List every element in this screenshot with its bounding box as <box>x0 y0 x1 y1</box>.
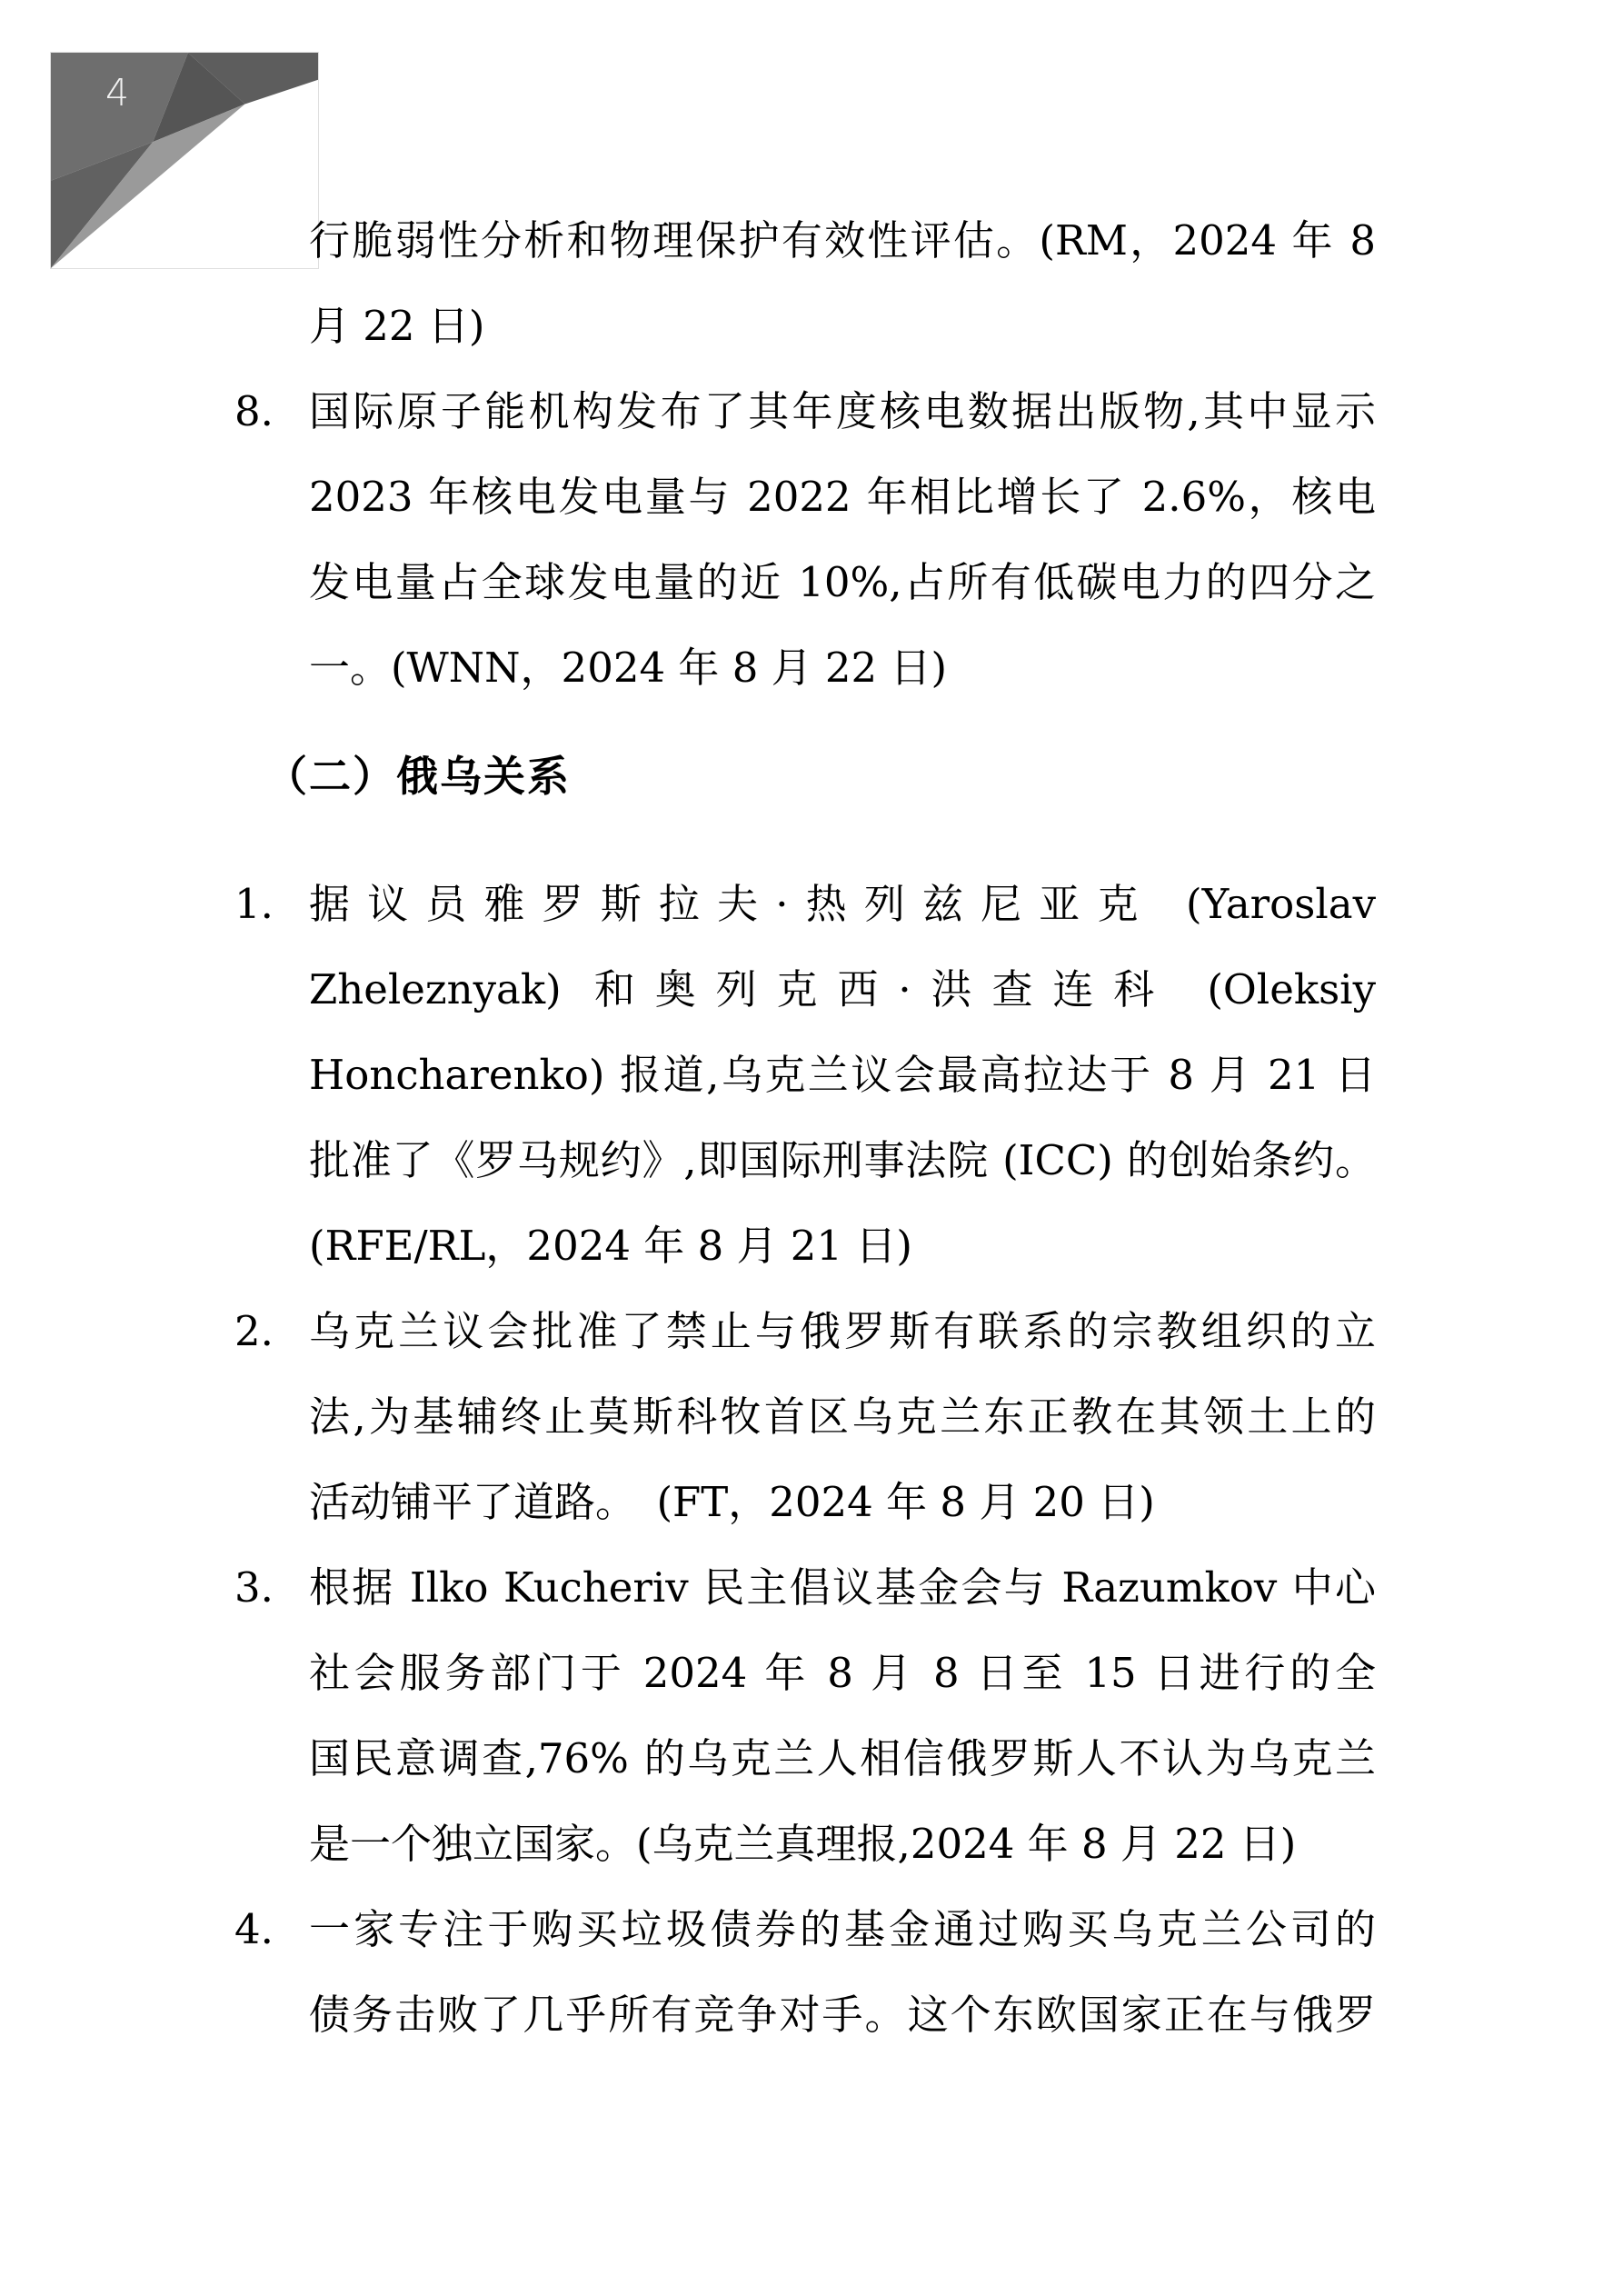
line-text: 法,为基辅终止莫斯科牧首区乌克兰东正教在其领土上的 <box>309 1394 1376 1442</box>
line-text: Honcharenko) 报道,乌克兰议会最高拉达于 8 月 21 日 <box>309 1053 1376 1100</box>
line-text: 根据 Ilko Kucheriv 民主倡议基金会与 Razumkov 中心 <box>309 1565 1376 1612</box>
paragraph-line: 行脆弱性分析和物理保护有效性评估。(RM，2024 年 8 <box>234 218 1376 304</box>
line-text: Zheleznyak) 和奥列克西·洪查连科 (Oleksiy <box>309 967 1376 1014</box>
line-text: 行脆弱性分析和物理保护有效性评估。(RM，2024 年 8 <box>309 218 1376 265</box>
line-text: 一。(WNN，2024 年 8 月 22 日) <box>309 645 1376 693</box>
document-page: { "page": { "number": "4" }, "colors": {… <box>0 0 1623 2296</box>
list-item-number: 2. <box>234 1309 274 1354</box>
line-text: 活动铺平了道路。 (FT，2024 年 8 月 20 日) <box>309 1480 1376 1527</box>
line-text: 据议员雅罗斯拉夫·热列兹尼亚克 (Yaroslav <box>309 882 1376 929</box>
section-heading: （二）俄乌关系 <box>234 753 1376 882</box>
list-item-line: 法,为基辅终止莫斯科牧首区乌克兰东正教在其领土上的 <box>234 1394 1376 1480</box>
list-item-line: 发电量占全球发电量的近 10%,占所有低碳电力的四分之 <box>234 560 1376 645</box>
page-number: 4 <box>105 75 129 112</box>
list-item-line: 1.据议员雅罗斯拉夫·热列兹尼亚克 (Yaroslav <box>234 882 1376 967</box>
list-item-line: (RFE/RL，2024 年 8 月 21 日) <box>234 1223 1376 1309</box>
line-text: 一家专注于购买垃圾债券的基金通过购买乌克兰公司的 <box>309 1907 1376 1954</box>
list-item-number: 8. <box>234 389 274 434</box>
list-item-line: 4.一家专注于购买垃圾债券的基金通过购买乌克兰公司的 <box>234 1907 1376 1992</box>
line-text: 批准了《罗马规约》,即国际刑事法院 (ICC) 的创始条约。 <box>309 1138 1376 1185</box>
line-text: 国民意调查,76% 的乌克兰人相信俄罗斯人不认为乌克兰 <box>309 1736 1376 1783</box>
list-item-line: 2023 年核电发电量与 2022 年相比增长了 2.6%，核电 <box>234 474 1376 560</box>
line-text: 发电量占全球发电量的近 10%,占所有低碳电力的四分之 <box>309 560 1376 607</box>
list-item-number: 1. <box>234 882 274 927</box>
list-item-number: 3. <box>234 1565 274 1611</box>
list-item-line: 3.根据 Ilko Kucheriv 民主倡议基金会与 Razumkov 中心 <box>234 1565 1376 1651</box>
line-text: 乌克兰议会批准了禁止与俄罗斯有联系的宗教组织的立 <box>309 1309 1376 1356</box>
list-item-line: Honcharenko) 报道,乌克兰议会最高拉达于 8 月 21 日 <box>234 1053 1376 1138</box>
line-text: 国际原子能机构发布了其年度核电数据出版物,其中显示 <box>309 389 1376 436</box>
line-text: 是一个独立国家。(乌克兰真理报,2024 年 8 月 22 日) <box>309 1822 1376 1869</box>
list-item-number: 4. <box>234 1907 274 1952</box>
line-text: 月 22 日) <box>309 304 1376 351</box>
list-item-line: 一。(WNN，2024 年 8 月 22 日) <box>234 645 1376 731</box>
list-item-line: 2.乌克兰议会批准了禁止与俄罗斯有联系的宗教组织的立 <box>234 1309 1376 1394</box>
list-item-line: 批准了《罗马规约》,即国际刑事法院 (ICC) 的创始条约。 <box>234 1138 1376 1223</box>
list-item-line: 活动铺平了道路。 (FT，2024 年 8 月 20 日) <box>234 1480 1376 1565</box>
list-item-line: 国民意调查,76% 的乌克兰人相信俄罗斯人不认为乌克兰 <box>234 1736 1376 1822</box>
line-text: 债务击败了几乎所有竞争对手。这个东欧国家正在与俄罗 <box>309 1992 1376 2040</box>
line-text: 2023 年核电发电量与 2022 年相比增长了 2.6%，核电 <box>309 474 1376 522</box>
line-text: 社会服务部门于 2024 年 8 月 8 日至 15 日进行的全 <box>309 1651 1376 1698</box>
line-text: (RFE/RL，2024 年 8 月 21 日) <box>309 1223 1376 1271</box>
document-body: 行脆弱性分析和物理保护有效性评估。(RM，2024 年 8月 22 日)8.国际… <box>234 218 1376 2078</box>
list-item-line: 社会服务部门于 2024 年 8 月 8 日至 15 日进行的全 <box>234 1651 1376 1736</box>
list-item-line: 是一个独立国家。(乌克兰真理报,2024 年 8 月 22 日) <box>234 1822 1376 1907</box>
list-item-line: 债务击败了几乎所有竞争对手。这个东欧国家正在与俄罗 <box>234 1992 1376 2078</box>
list-item-line: Zheleznyak) 和奥列克西·洪查连科 (Oleksiy <box>234 967 1376 1053</box>
list-item-line: 8.国际原子能机构发布了其年度核电数据出版物,其中显示 <box>234 389 1376 474</box>
paragraph-line: 月 22 日) <box>234 304 1376 389</box>
